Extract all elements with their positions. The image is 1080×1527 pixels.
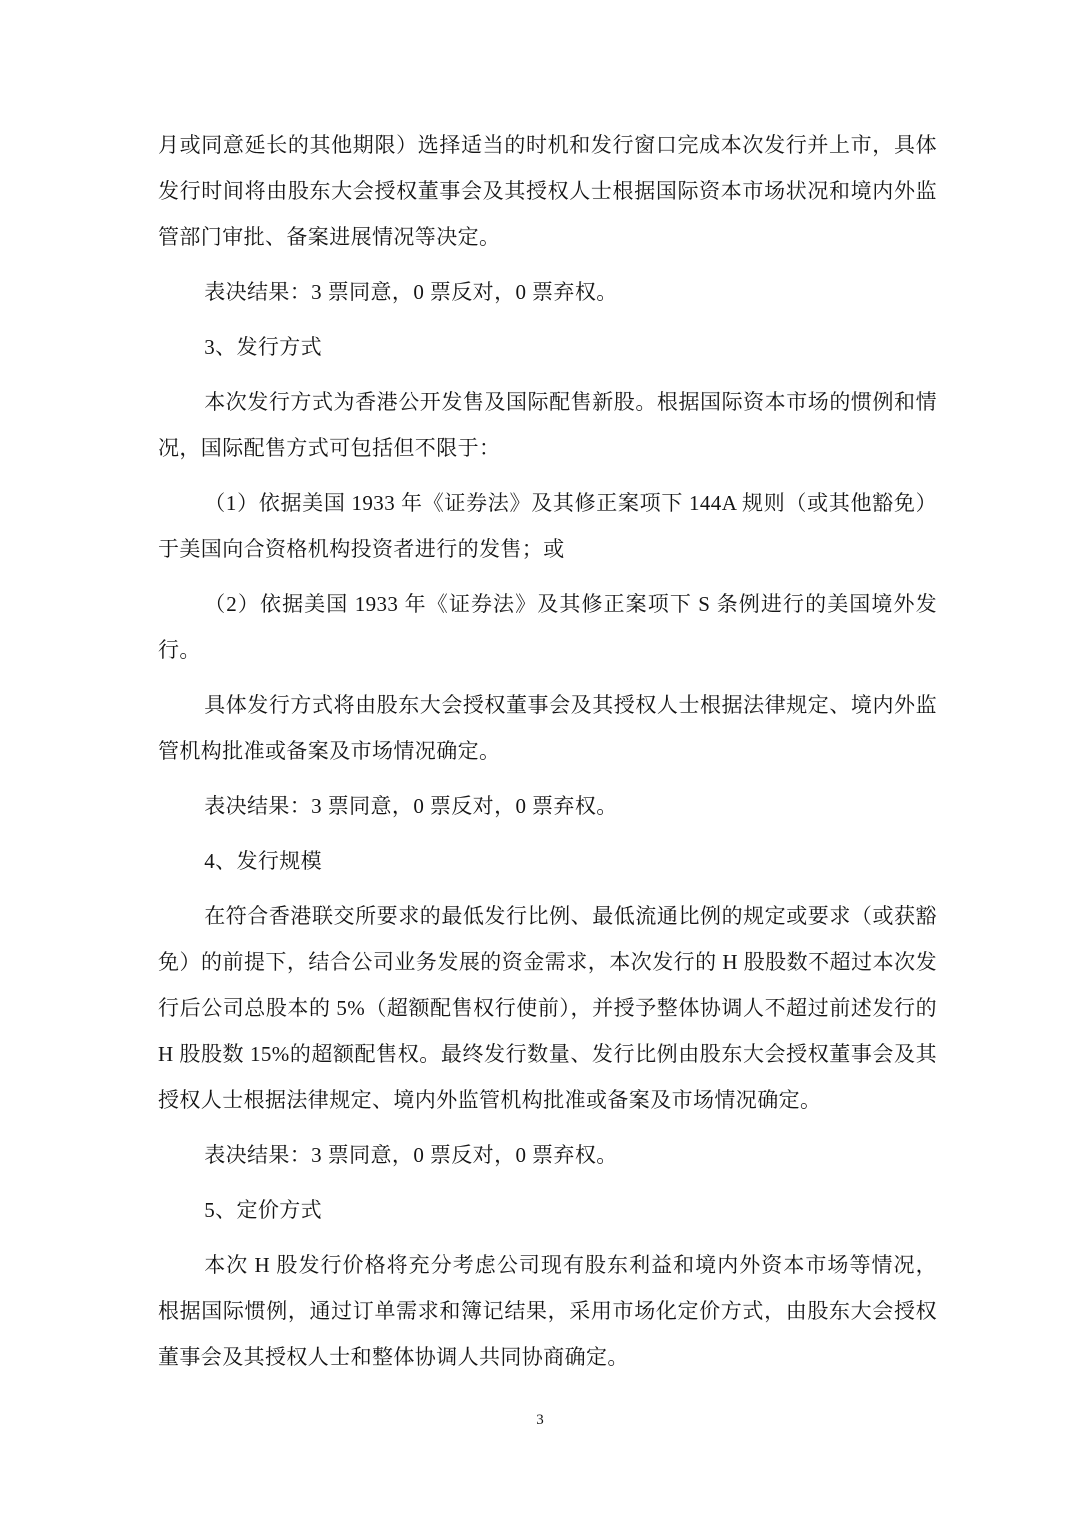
paragraph-vote-result: 表决结果：3 票同意，0 票反对，0 票弃权。 bbox=[158, 1132, 937, 1178]
paragraph-issuance-scale: 在符合香港联交所要求的最低发行比例、最低流通比例的规定或要求（或获豁免）的前提下… bbox=[158, 893, 937, 1123]
heading-section-3: 3、发行方式 bbox=[158, 324, 937, 370]
heading-section-5: 5、定价方式 bbox=[158, 1187, 937, 1233]
paragraph-pricing-method: 本次 H 股发行价格将充分考虑公司现有股东利益和境内外资本市场等情况，根据国际惯… bbox=[158, 1242, 937, 1380]
paragraph-issuance-method: 本次发行方式为香港公开发售及国际配售新股。根据国际资本市场的惯例和情况，国际配售… bbox=[158, 379, 937, 471]
paragraph-continuation: 月或同意延长的其他期限）选择适当的时机和发行窗口完成本次发行并上市，具体发行时间… bbox=[158, 122, 937, 260]
heading-section-4: 4、发行规模 bbox=[158, 838, 937, 884]
document-body: 月或同意延长的其他期限）选择适当的时机和发行窗口完成本次发行并上市，具体发行时间… bbox=[158, 122, 937, 1389]
paragraph-method-determination: 具体发行方式将由股东大会授权董事会及其授权人士根据法律规定、境内外监管机构批准或… bbox=[158, 682, 937, 774]
paragraph-item-1: （1）依据美国 1933 年《证券法》及其修正案项下 144A 规则（或其他豁免… bbox=[158, 480, 937, 572]
document-page: 月或同意延长的其他期限）选择适当的时机和发行窗口完成本次发行并上市，具体发行时间… bbox=[0, 0, 1080, 1527]
page-number: 3 bbox=[0, 1412, 1080, 1429]
paragraph-vote-result: 表决结果：3 票同意，0 票反对，0 票弃权。 bbox=[158, 269, 937, 315]
paragraph-item-2: （2）依据美国 1933 年《证券法》及其修正案项下 S 条例进行的美国境外发行… bbox=[158, 581, 937, 673]
paragraph-vote-result: 表决结果：3 票同意，0 票反对，0 票弃权。 bbox=[158, 783, 937, 829]
